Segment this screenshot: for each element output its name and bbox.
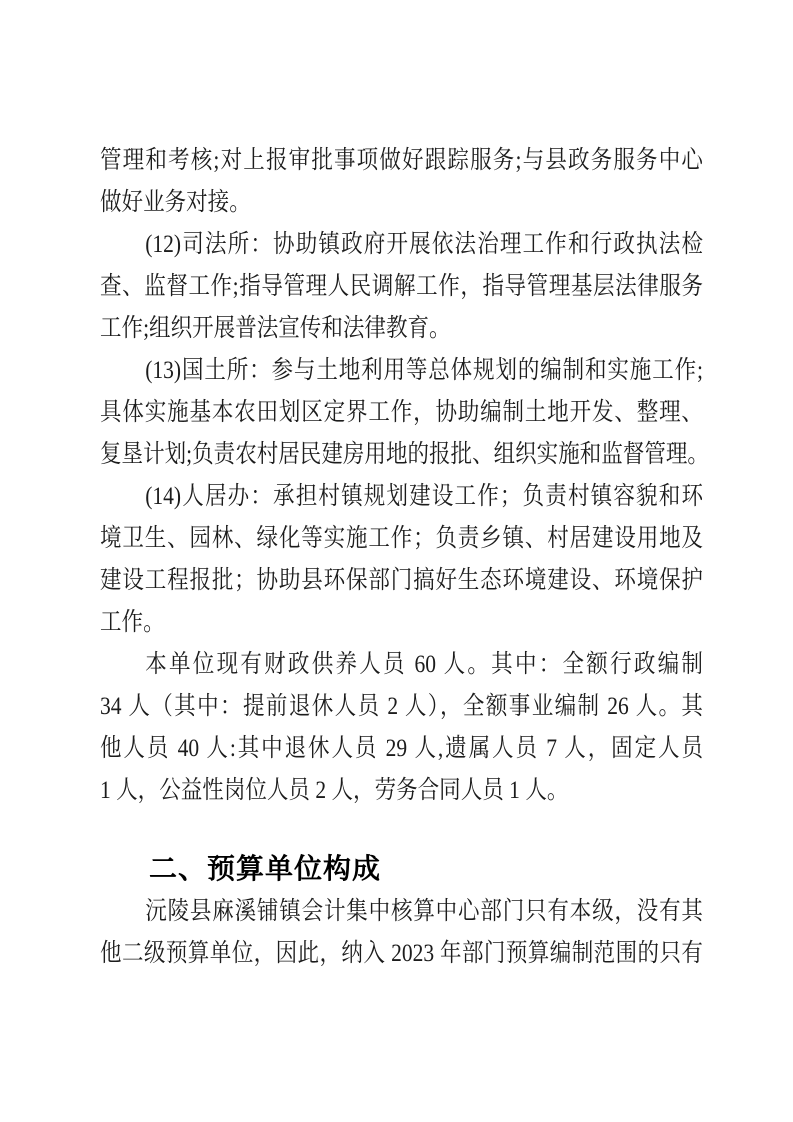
text-line: 查、监督工作;指导管理人民调解工作，指导管理基层法律服务 — [100, 266, 703, 308]
text-line: 境卫生、园林、绿化等实施工作；负责乡镇、村居建设用地及 — [100, 518, 703, 560]
text-line: 工作。 — [100, 602, 703, 644]
text-line: 本单位现有财政供养人员 60 人。其中：全额行政编制 — [100, 644, 703, 686]
text-line: (13)国土所：参与土地利用等总体规划的编制和实施工作; — [100, 350, 703, 392]
paragraph-stack-top: 管理和考核;对上报审批事项做好跟踪服务;与县政务服务中心做好业务对接。(12)司… — [100, 140, 703, 812]
text-line: 他二级预算单位，因此，纳入 2023 年部门预算编制范围的只有 — [100, 933, 703, 975]
paragraph-stack-bottom: 沅陵县麻溪铺镇会计集中核算中心部门只有本级，没有其他二级预算单位，因此，纳入 2… — [100, 891, 703, 975]
text-line: 工作;组织开展普法宣传和法律教育。 — [100, 308, 703, 350]
section-heading: 二、预算单位构成 — [100, 849, 703, 891]
text-line: 1 人，公益性岗位人员 2 人，劳务合同人员 1 人。 — [100, 770, 703, 812]
text-line: 沅陵县麻溪铺镇会计集中核算中心部门只有本级，没有其 — [100, 891, 703, 933]
text-line: (12)司法所：协助镇政府开展依法治理工作和行政执法检 — [100, 224, 703, 266]
text-line: 具体实施基本农田划区定界工作，协助编制土地开发、整理、 — [100, 392, 703, 434]
text-line: (14)人居办：承担村镇规划建设工作；负责村镇容貌和环 — [100, 476, 703, 518]
text-line: 管理和考核;对上报审批事项做好跟踪服务;与县政务服务中心 — [100, 140, 703, 182]
text-line: 做好业务对接。 — [100, 182, 703, 224]
text-line: 34 人（其中：提前退休人员 2 人），全额事业编制 26 人。其 — [100, 686, 703, 728]
document-page: 管理和考核;对上报审批事项做好跟踪服务;与县政务服务中心做好业务对接。(12)司… — [0, 0, 793, 1122]
text-line: 复垦计划;负责农村居民建房用地的报批、组织实施和监督管理。 — [100, 434, 703, 476]
text-line: 他人员 40 人:其中退休人员 29 人,遗属人员 7 人，固定人员 — [100, 728, 703, 770]
text-column: 管理和考核;对上报审批事项做好跟踪服务;与县政务服务中心做好业务对接。(12)司… — [100, 140, 703, 975]
text-line: 建设工程报批；协助县环保部门搞好生态环境建设、环境保护 — [100, 560, 703, 602]
